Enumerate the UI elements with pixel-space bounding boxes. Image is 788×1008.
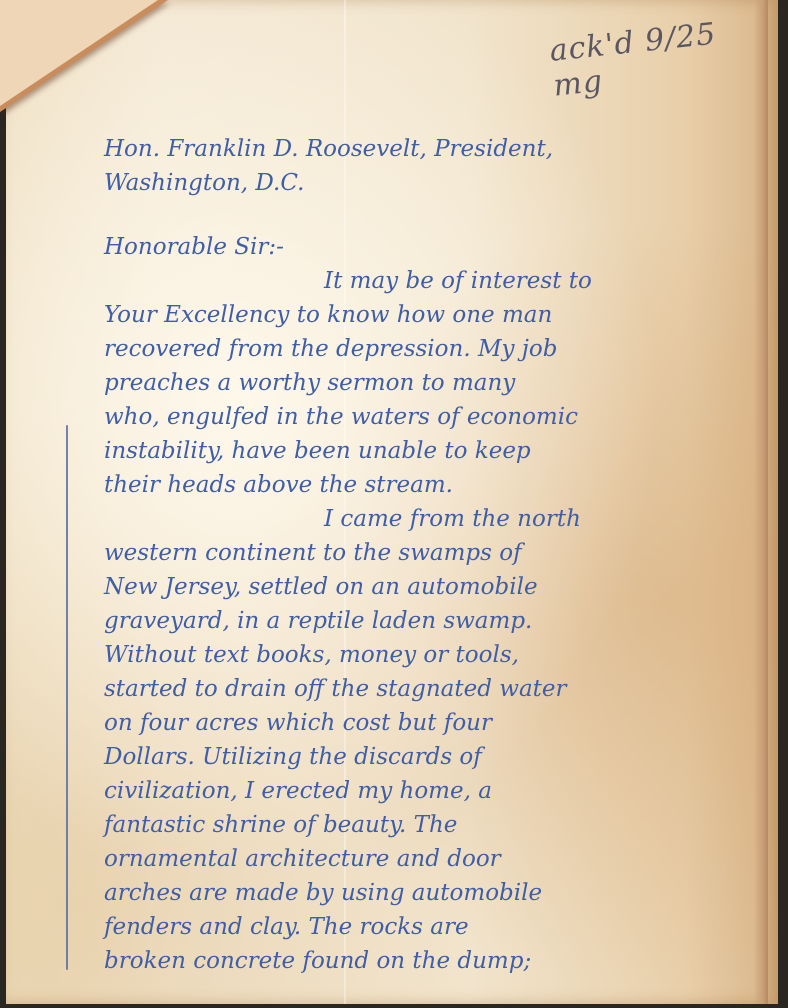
body-line: western continent to the swamps of — [104, 536, 744, 570]
body-line: who, engulfed in the waters of economic — [104, 400, 744, 434]
body-line: recovered from the depression. My job — [104, 332, 744, 366]
body-line: ornamental architecture and door — [104, 842, 744, 876]
body-line: civilization, I erected my home, a — [104, 774, 744, 808]
body-line: fenders and clay. The rocks are — [104, 910, 744, 944]
address-line-2: Washington, D.C. — [104, 166, 744, 200]
folded-corner-face — [0, 0, 158, 106]
body-line: instability, have been unable to keep — [104, 434, 744, 468]
body-line: New Jersey, settled on an automobile — [104, 570, 744, 604]
body-line: preaches a worthy sermon to many — [104, 366, 744, 400]
margin-pencil-line — [66, 425, 68, 970]
body-line: It may be of interest to — [104, 264, 744, 298]
body-line: their heads above the stream. — [104, 468, 744, 502]
salutation: Honorable Sir:- — [104, 230, 744, 264]
letter-page: ack'd 9/25 mg Hon. Franklin D. Roosevelt… — [6, 0, 778, 1004]
body-line: started to drain off the stagnated water — [104, 672, 744, 706]
body-line: I came from the north — [104, 502, 744, 536]
letter-text: Hon. Franklin D. Roosevelt, President, W… — [104, 132, 744, 978]
body-line: on four acres which cost but four — [104, 706, 744, 740]
body-line: graveyard, in a reptile laden swamp. — [104, 604, 744, 638]
pencil-annotation: ack'd 9/25 mg — [548, 10, 781, 103]
paper-edge-stain — [754, 0, 768, 1004]
body-line: Your Excellency to know how one man — [104, 298, 744, 332]
address-line-1: Hon. Franklin D. Roosevelt, President, — [104, 132, 744, 166]
body-line: arches are made by using automobile — [104, 876, 744, 910]
body-line: Without text books, money or tools, — [104, 638, 744, 672]
body-line: Dollars. Utilizing the discards of — [104, 740, 744, 774]
body-line: broken concrete found on the dump; — [104, 944, 744, 978]
body-line: fantastic shrine of beauty. The — [104, 808, 744, 842]
